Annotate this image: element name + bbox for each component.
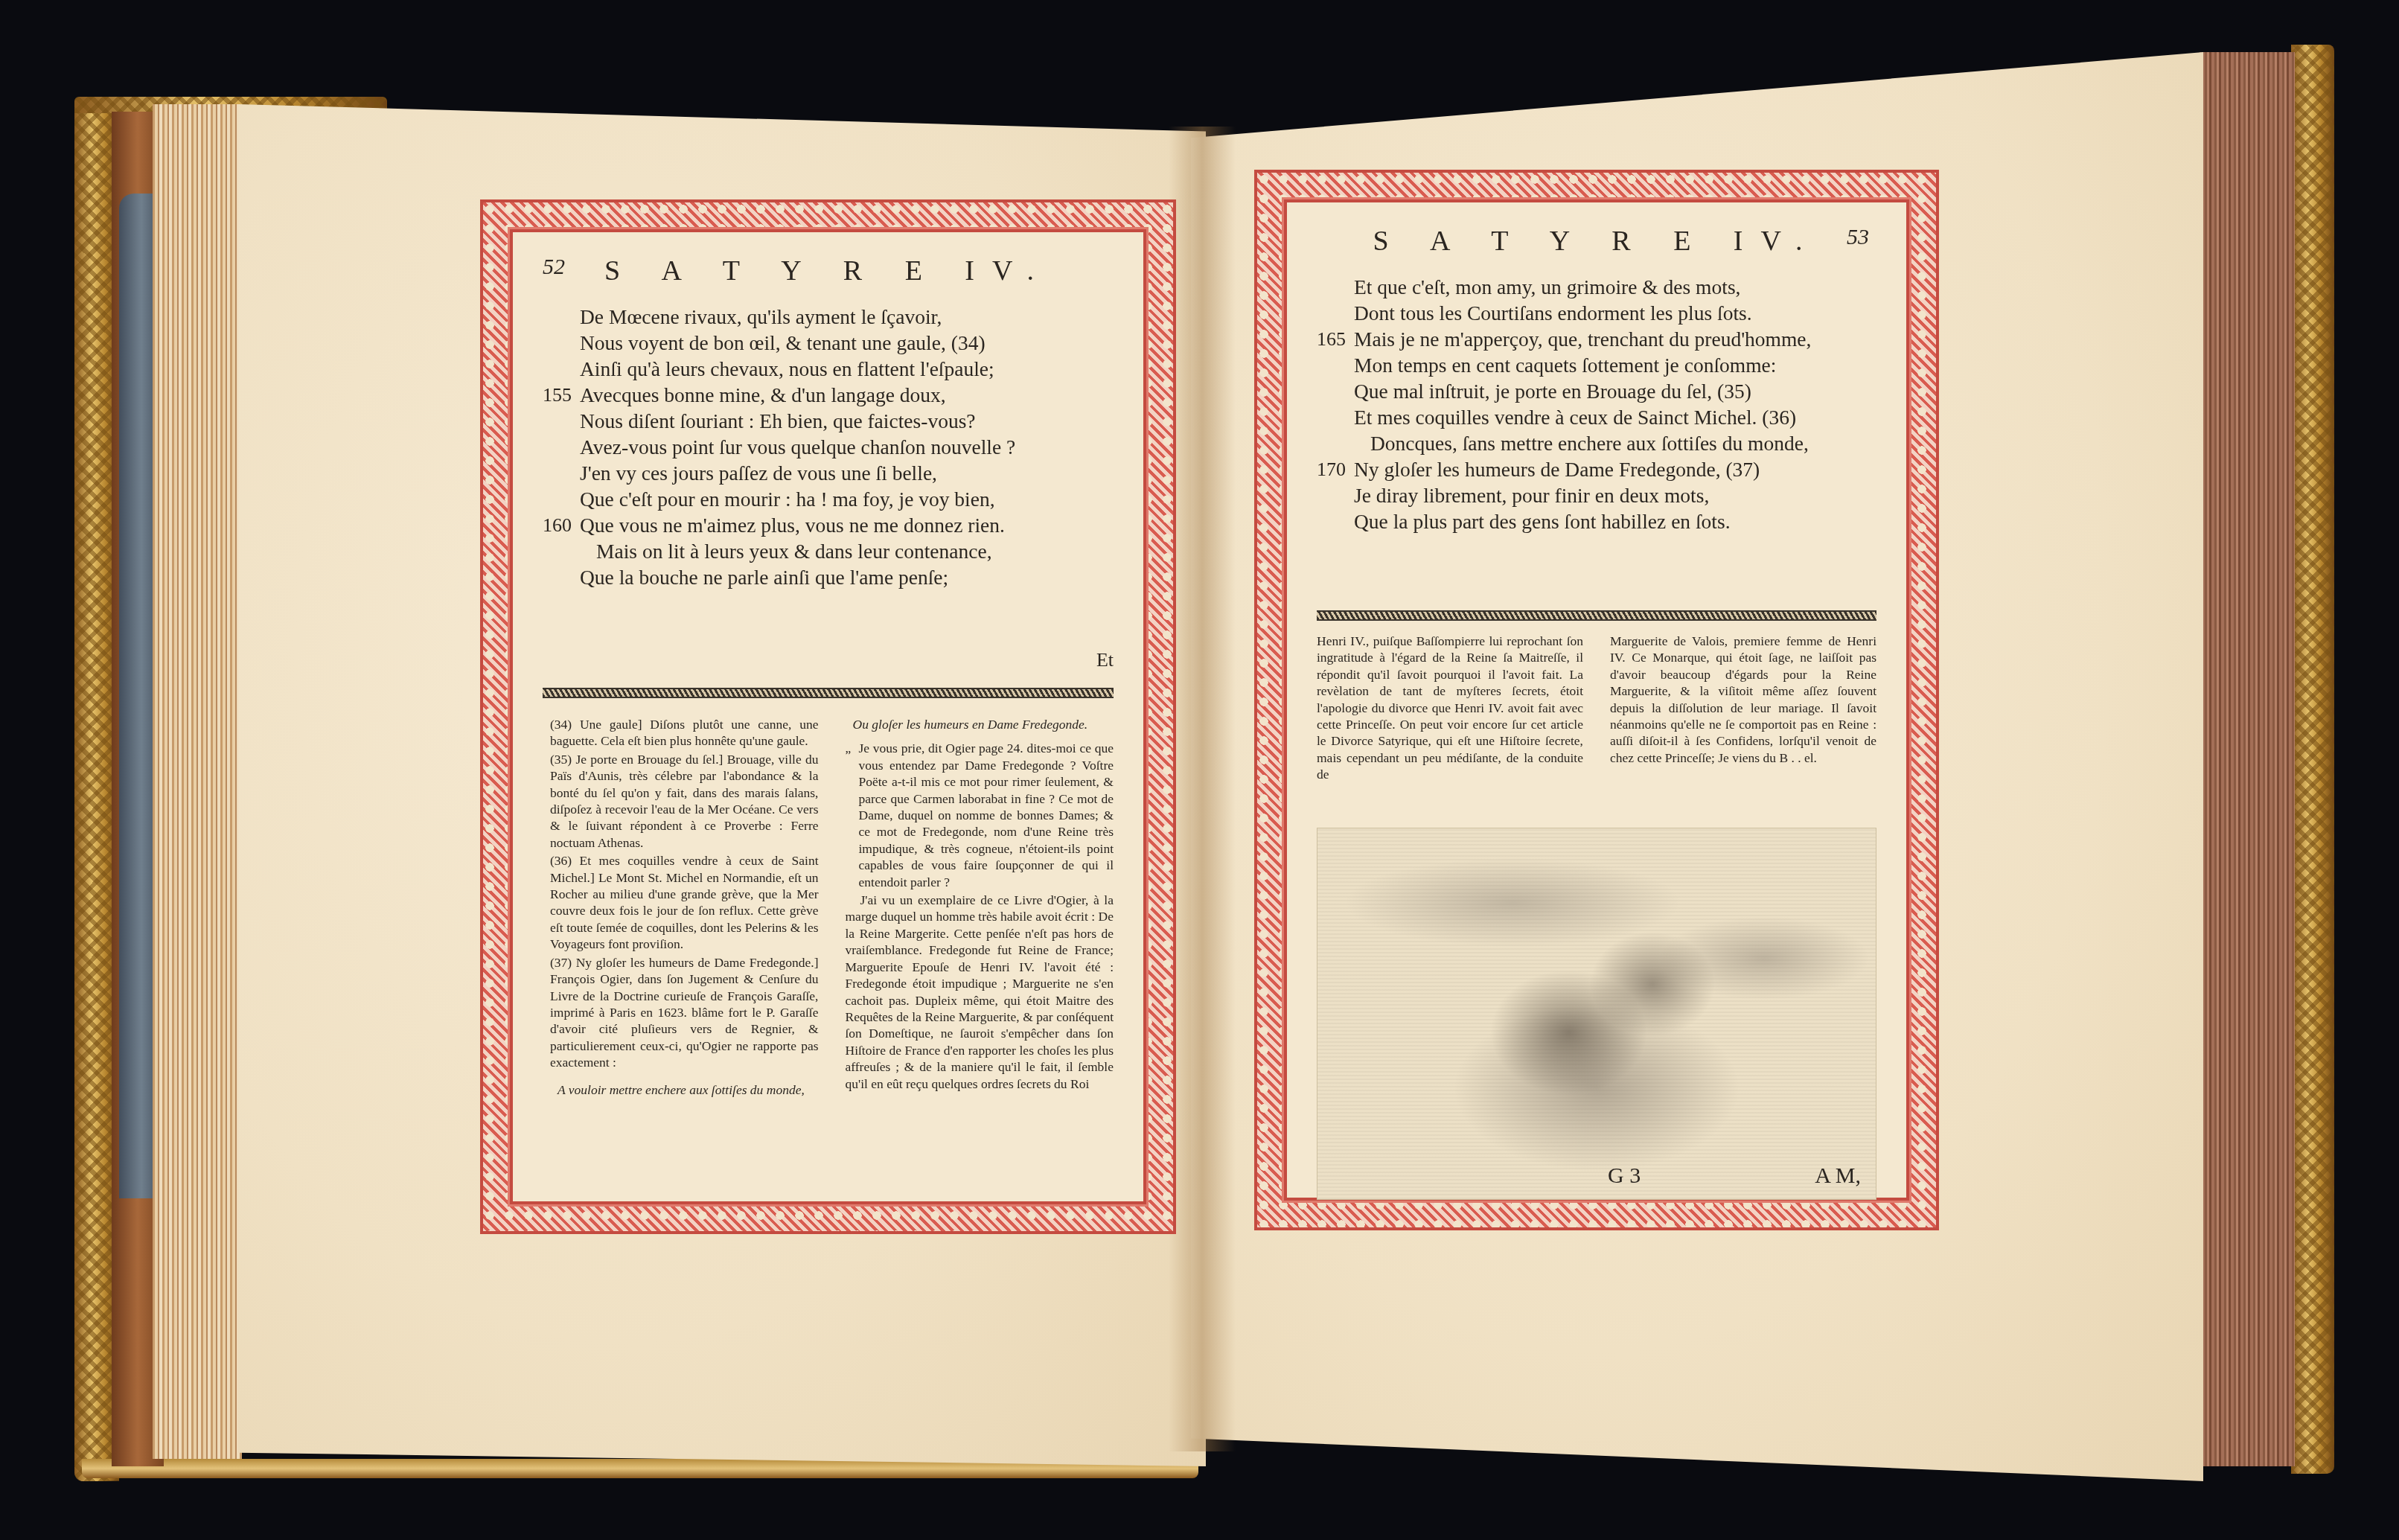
verse-line: 155Avecques bonne mine, & d'un langage d…	[543, 382, 1114, 408]
verse-line: De Mœcene rivaux, qu'ils ayment le ſçavo…	[543, 304, 1114, 330]
verse-line: Que c'eſt pour en mourir : ha ! ma foy, …	[543, 486, 1114, 512]
verse-line: 165Mais je ne m'apperçoy, que, trenchant…	[1317, 326, 1876, 352]
verse-line: Ainſi qu'à leurs chevaux, nous en flatte…	[543, 356, 1114, 382]
verse-line: Avez-vous point ſur vous quelque chanſon…	[543, 434, 1114, 460]
book-gutter	[1169, 127, 1236, 1451]
left-ornamental-frame: 52 S A T Y R E IV. De Mœcene rivaux, qu'…	[480, 199, 1176, 1234]
page-number: 53	[1847, 225, 1869, 250]
page-edges-left	[153, 104, 242, 1459]
verse-line: Nous voyent de bon œil, & tenant une gau…	[543, 330, 1114, 356]
verse-line: Je diray librement, pour finir en deux m…	[1317, 482, 1876, 508]
quoted-verse: A vouloir mettre enchere aux ſottiſes du…	[550, 1081, 819, 1098]
footnote-column-1: Henri IV., puiſque Baſſompierre lui repr…	[1317, 633, 1583, 783]
footnote-34: (34) Une gaule] Diſons plutôt une canne,…	[550, 716, 819, 750]
verse-line: Que la plus part des gens ſont habillez …	[1317, 508, 1876, 534]
left-running-head: 52 S A T Y R E IV.	[543, 255, 1114, 296]
left-verse-list: De Mœcene rivaux, qu'ils ayment le ſçavo…	[543, 304, 1114, 590]
left-text-block: 52 S A T Y R E IV. De Mœcene rivaux, qu'…	[510, 229, 1146, 1204]
footnote-37: (37) Ny gloſer les humeurs de Dame Frede…	[550, 954, 819, 1071]
verse-line: 170Ny gloſer les humeurs de Dame Fredego…	[1317, 456, 1876, 482]
quoted-verse: Ou gloſer les humeurs en Dame Fredegonde…	[846, 716, 1114, 732]
running-title: S A T Y R E IV.	[604, 255, 1052, 287]
right-verse-list: Et que c'eſt, mon amy, un grimoire & des…	[1317, 274, 1876, 534]
verse-line: Doncques, ſans mettre enchere aux ſottiſ…	[1317, 430, 1876, 456]
ornamental-rule	[543, 688, 1114, 698]
verse-line: Que mal inſtruit, je porte en Brouage du…	[1317, 378, 1876, 404]
right-running-head: S A T Y R E IV. 53	[1317, 225, 1876, 266]
footnote-column-1: (34) Une gaule] Diſons plutôt une canne,…	[550, 716, 819, 1099]
ornamental-rule	[1317, 610, 1876, 621]
marbled-endpaper	[119, 194, 156, 1198]
right-ornamental-frame: S A T Y R E IV. 53 Et que c'eſt, mon amy…	[1254, 170, 1939, 1230]
verse-line: Et que c'eſt, mon amy, un grimoire & des…	[1317, 274, 1876, 300]
putti-engraving-image: G 3 A M,	[1317, 828, 1876, 1200]
footnote-35: (35) Je porte en Brouage du ſel.] Brouag…	[550, 751, 819, 851]
verse-line: Dont tous les Courtiſans endorment les p…	[1317, 300, 1876, 326]
verse-line: J'en vy ces jours paſſez de vous une ſi …	[543, 460, 1114, 486]
page-number: 52	[543, 255, 565, 280]
left-footnotes: (34) Une gaule] Diſons plutôt une canne,…	[550, 716, 1114, 1099]
gilt-edge-right	[2291, 45, 2334, 1474]
right-text-block: S A T Y R E IV. 53 Et que c'eſt, mon amy…	[1284, 199, 1909, 1201]
footnote-continuation: J'ai vu un exemplaire de ce Livre d'Ogie…	[846, 892, 1114, 1092]
catchword: Et	[1096, 649, 1114, 671]
catchword: A M,	[1815, 1163, 1861, 1189]
page-edges-right	[2200, 52, 2295, 1466]
footnote-36: (36) Et mes coquilles vendre à ceux de S…	[550, 852, 819, 952]
verse-line: Mais on lit à leurs yeux & dans leur con…	[543, 538, 1114, 564]
verse-line: Que la bouche ne parle ainſi que l'ame p…	[543, 564, 1114, 590]
ogier-quotation: Je vous prie, dit Ogier page 24. dites-m…	[846, 740, 1114, 890]
open-book: 52 S A T Y R E IV. De Mœcene rivaux, qu'…	[0, 0, 2399, 1540]
signature-mark: G 3	[1608, 1163, 1641, 1189]
verse-line: 160Que vous ne m'aimez plus, vous ne me …	[543, 512, 1114, 538]
verse-line: Et mes coquilles vendre à ceux de Sainct…	[1317, 404, 1876, 430]
verse-line: Nous diſent ſouriant : Eh bien, que faic…	[543, 408, 1114, 434]
footnote-column-2: Marguerite de Valois, premiere femme de …	[1610, 633, 1876, 783]
right-footnotes: Henri IV., puiſque Baſſompierre lui repr…	[1317, 633, 1876, 783]
footnote-column-2: Ou gloſer les humeurs en Dame Fredegonde…	[846, 716, 1114, 1099]
verse-line: Mon temps en cent caquets ſottement je c…	[1317, 352, 1876, 378]
running-title: S A T Y R E IV.	[1373, 225, 1820, 258]
